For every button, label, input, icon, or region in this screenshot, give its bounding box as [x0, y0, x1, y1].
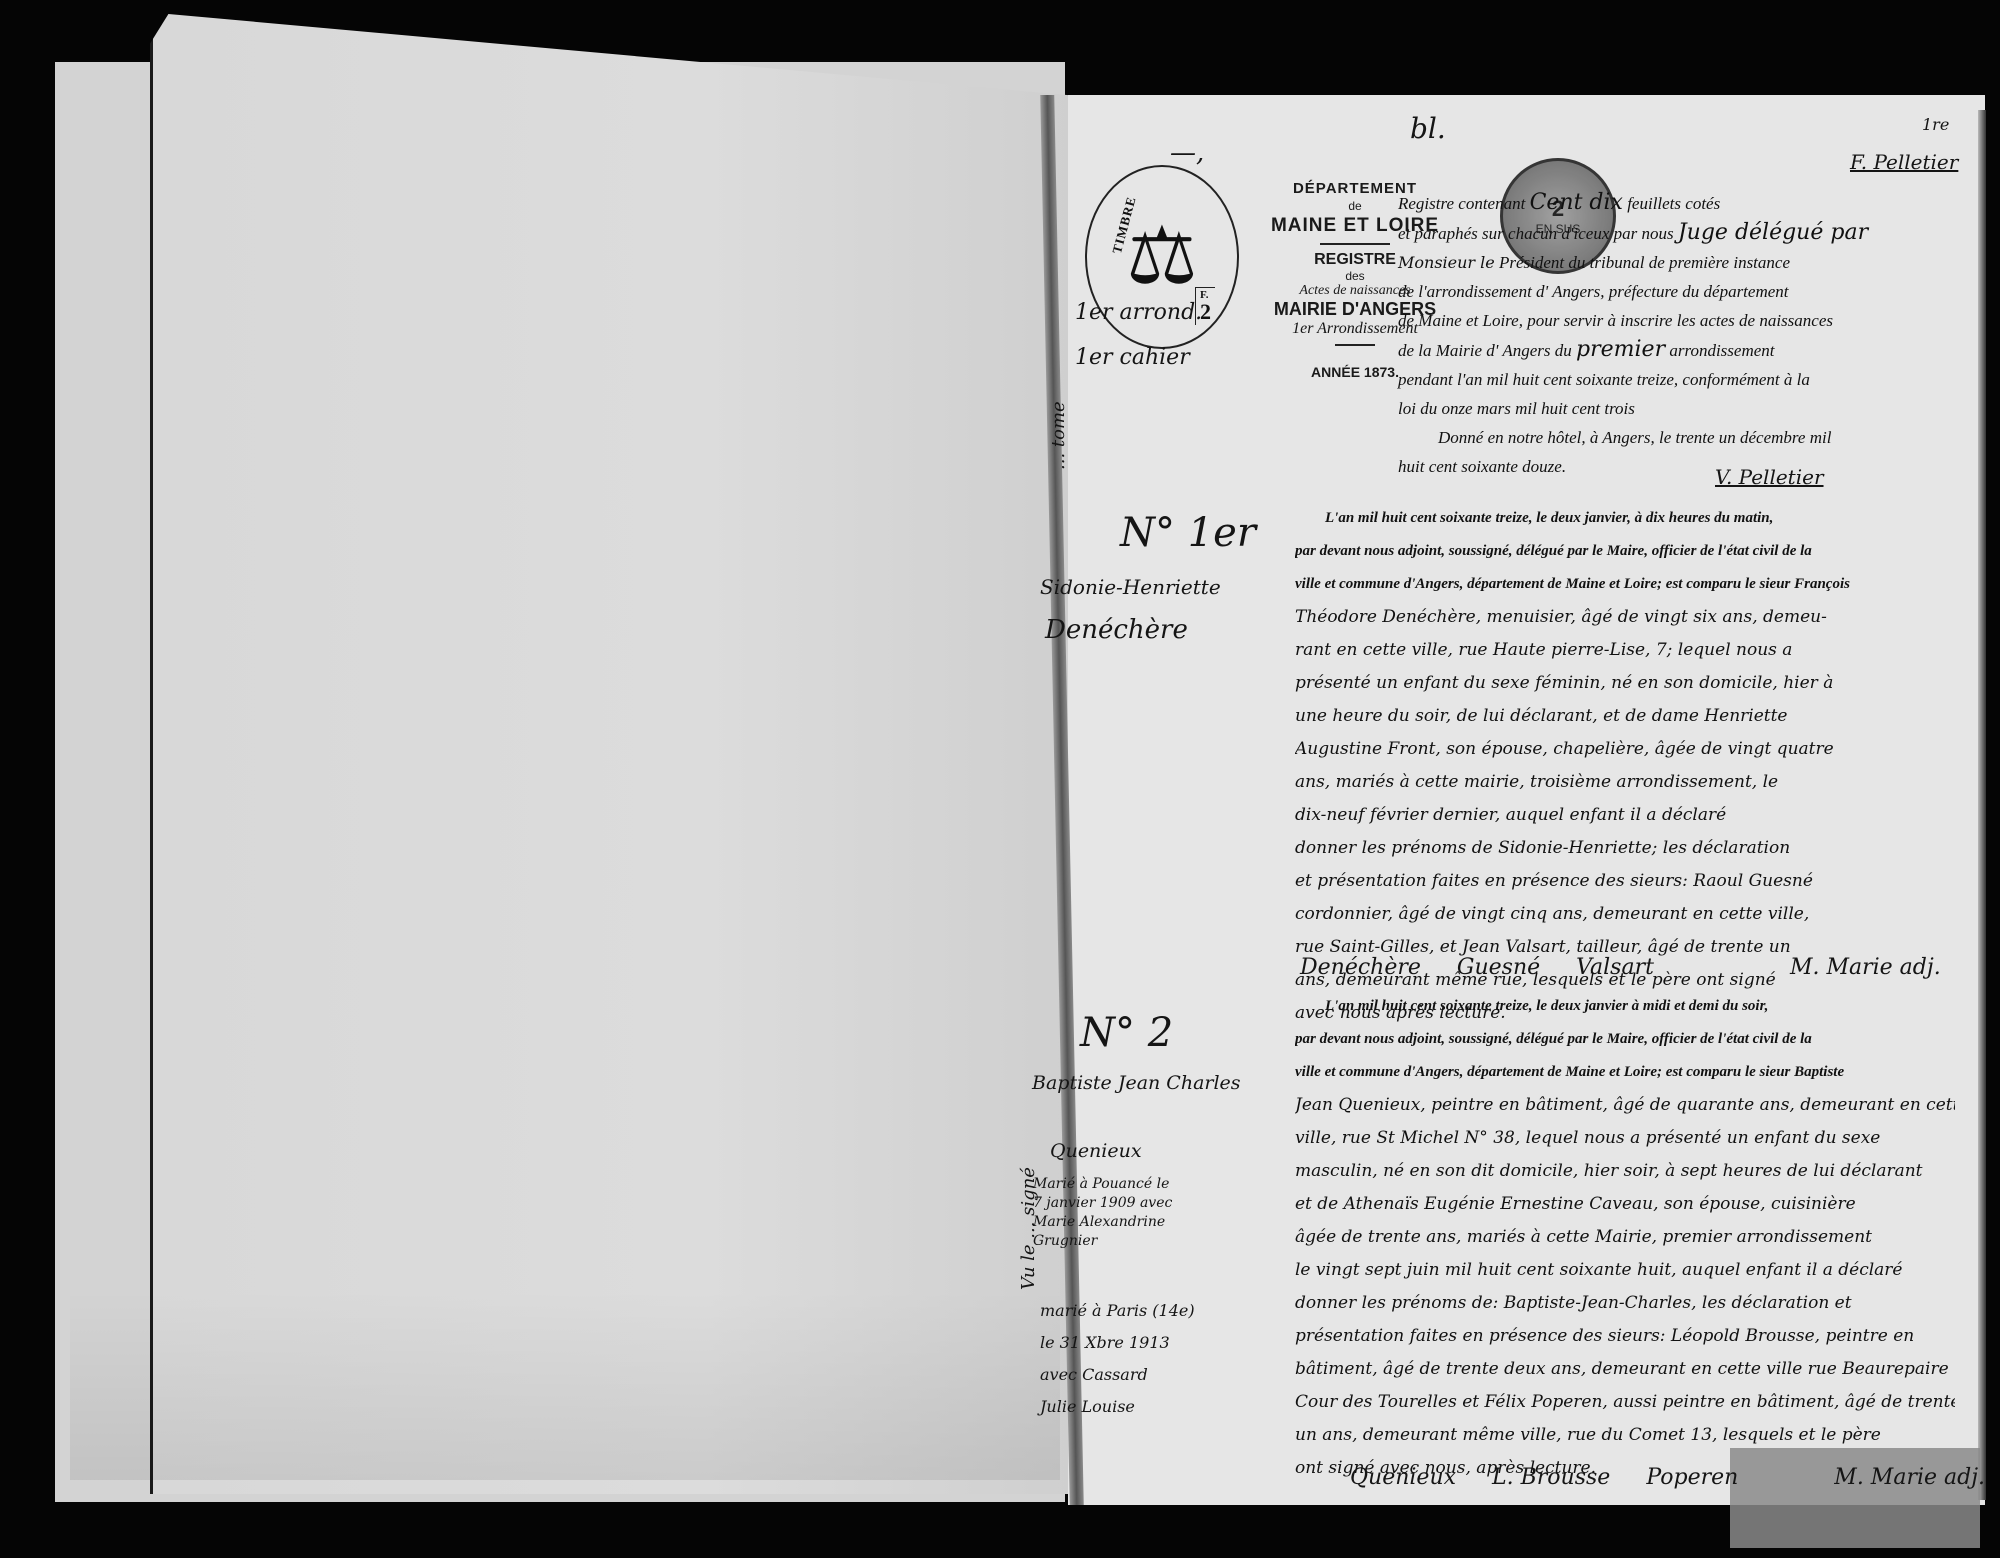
margin-note-cahier: 1er cahier	[1075, 345, 1190, 370]
signature: Denéchère	[1300, 955, 1421, 980]
gutter-vertical-note: Vu le ... signé	[1018, 1167, 1039, 1290]
divider	[1335, 344, 1375, 346]
preamble-line: Donné en notre hôtel, à Angers, le trent…	[1398, 423, 1938, 452]
act-2-signatures: Quenieux L. Brousse Poperen M. Marie adj…	[1350, 1465, 1985, 1490]
act-margin-surname: Denéchère	[1045, 615, 1188, 645]
signature: Valsart	[1576, 955, 1654, 980]
act-margin-name: Baptiste Jean Charles	[1032, 1072, 1241, 1094]
birth-act-1: L'an mil huit cent soixante treize, le d…	[1295, 502, 1955, 1030]
preamble-signature: V. Pelletier	[1715, 465, 1824, 489]
folio-mark: bl.	[1410, 112, 1446, 145]
signature: M. Marie adj.	[1790, 955, 1941, 980]
left-page-blank	[150, 14, 1071, 1494]
margin-note-arrondissement: 1er arrond.	[1075, 300, 1202, 325]
preamble-line: Registre contenant Cent dix feuillets co…	[1398, 188, 1938, 218]
signature: Poperen	[1646, 1465, 1738, 1490]
act-number: N° 2	[1080, 1010, 1173, 1056]
signature: L. Brousse	[1492, 1465, 1610, 1490]
preamble-line: Monsieur le Président du tribunal de pre…	[1398, 248, 1938, 277]
act-margin-surname: Quenieux	[1050, 1140, 1142, 1162]
gutter-note: ... tome	[1048, 401, 1069, 470]
preamble-line: loi du onze mars mil huit cent trois	[1398, 394, 1938, 423]
page-edge	[1978, 110, 1986, 1500]
dash-mark: —,	[1170, 138, 1204, 168]
register-preamble: Registre contenant Cent dix feuillets co…	[1398, 188, 1938, 481]
page-number: 1re	[1922, 115, 1949, 134]
marriage-note-1: Marié à Pouancé le 7 janvier 1909 avec M…	[1033, 1175, 1172, 1251]
preamble-line: de la Mairie d' Angers du premier arrond…	[1398, 335, 1938, 365]
preamble-line: huit cent soixante douze.	[1398, 452, 1938, 481]
preamble-line: de l'arrondissement d' Angers, préfectur…	[1398, 277, 1938, 306]
act-margin-name: Sidonie-Henriette	[1040, 575, 1221, 599]
birth-act-2: L'an mil huit cent soixante treize, le d…	[1295, 990, 1955, 1485]
act-number: N° 1er	[1120, 510, 1256, 556]
preamble-line: de Maine et Loire, pour servir à inscrir…	[1398, 306, 1938, 335]
marriage-note-2: marié à Paris (14e) le 31 Xbre 1913 avec…	[1040, 1295, 1195, 1423]
signature: Guesné	[1457, 955, 1540, 980]
act-1-signatures: Denéchère Guesné Valsart M. Marie adj.	[1300, 955, 1941, 980]
justice-figure-icon: ⚖	[1126, 217, 1198, 297]
page-shadow	[70, 1290, 1060, 1480]
preamble-line: et paraphés sur chacun d'iceux par nous …	[1398, 218, 1938, 248]
top-signature: F. Pelletier	[1850, 150, 1958, 174]
preamble-line: pendant l'an mil huit cent soixante trei…	[1398, 365, 1938, 394]
divider	[1320, 243, 1390, 245]
signature: M. Marie adj.	[1834, 1465, 1985, 1490]
signature: Quenieux	[1350, 1465, 1456, 1490]
